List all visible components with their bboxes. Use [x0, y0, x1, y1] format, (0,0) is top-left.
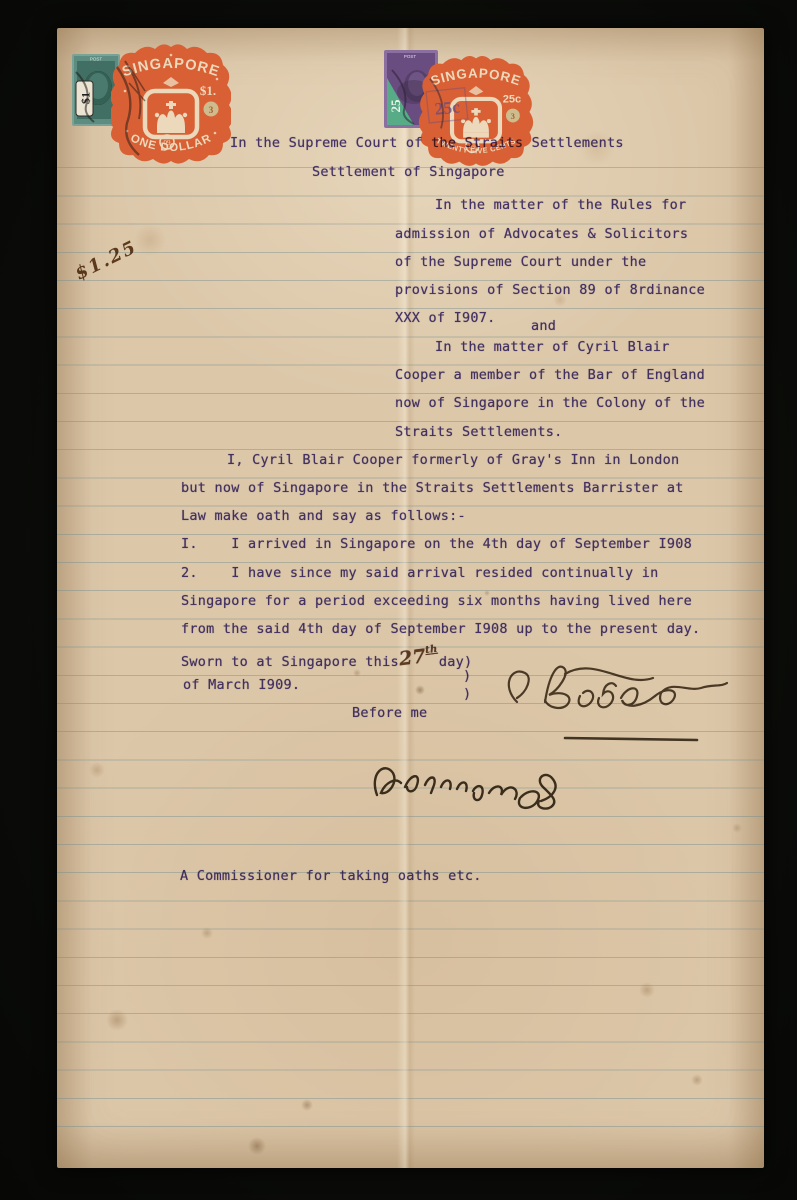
body-line: but now of Singapore in the Straits Sett…	[181, 480, 684, 496]
matter1-line: In the matter of the Rules for	[435, 197, 686, 213]
stamp-denomination: $1.	[200, 83, 216, 98]
stamp-denomination: 25c	[503, 94, 521, 106]
body-line: from the said 4th day of September I908 …	[181, 621, 700, 637]
jurat-line2: of March I909.	[183, 677, 300, 693]
jurat-line1: Sworn to at Singapore this27thday)	[181, 649, 472, 671]
handwritten-day: 27th	[397, 644, 439, 671]
settlement-heading: Settlement of Singapore	[312, 164, 505, 180]
postage-caption: POST	[404, 54, 417, 59]
matter1-line: of the Supreme Court under the	[395, 254, 646, 270]
jurat-bracket: )	[463, 668, 471, 684]
conjunction: and	[531, 318, 556, 334]
svg-text:25c: 25c	[434, 96, 461, 119]
twenty-five-cents-revenue-stamp: SINGAPORE 25c 3 09 TWENTY FIVE CENTS 25c	[418, 51, 534, 169]
matter1-line: admission of Advocates & Solicitors	[395, 226, 688, 242]
matter2-line: Straits Settlements.	[395, 424, 563, 440]
court-heading: In the Supreme Court of the Straits Sett…	[230, 135, 624, 151]
postage-caption: POST	[90, 57, 103, 62]
plate-number: 3	[511, 112, 515, 121]
photograph-backdrop: POST $1 SINGAPORE $1.	[0, 0, 797, 1200]
commissioner-signature: R L Simmonds	[355, 743, 590, 828]
matter2-line: Cooper a member of the Bar of England	[395, 367, 705, 383]
jurat-bracket: )	[463, 686, 471, 702]
affidavit-page: POST $1 SINGAPORE $1.	[57, 28, 764, 1168]
body-line: 2. I have since my said arrival resided …	[181, 565, 659, 581]
matter2-line: In the matter of Cyril Blair	[435, 339, 670, 355]
body-line: I, Cyril Blair Cooper formerly of Gray's…	[227, 452, 679, 468]
one-dollar-revenue-stamp: SINGAPORE $1. 3 09 ONE DOLLAR	[111, 38, 231, 168]
matter2-line: now of Singapore in the Colony of the	[395, 395, 705, 411]
matter1-line: provisions of Section 89 of 8rdinance	[395, 282, 705, 298]
body-line: Law make oath and say as follows:-	[181, 508, 466, 524]
commissioner-caption: A Commissioner for taking oaths etc.	[180, 868, 482, 884]
before-me-label: Before me	[352, 705, 427, 721]
matter1-line: XXX of I907.	[395, 310, 496, 326]
dollar-overprint: $1	[79, 92, 93, 104]
fee-note-annotation: $1.25	[72, 237, 141, 285]
deponent-signature: C B Cooper	[485, 640, 765, 755]
plate-number: 3	[209, 105, 214, 115]
cents-overprint: 25	[388, 99, 403, 113]
body-line: Singapore for a period exceeding six mon…	[181, 593, 692, 609]
body-line: I. I arrived in Singapore on the 4th day…	[181, 536, 692, 552]
jurat-prefix: Sworn to at Singapore this	[181, 654, 399, 670]
